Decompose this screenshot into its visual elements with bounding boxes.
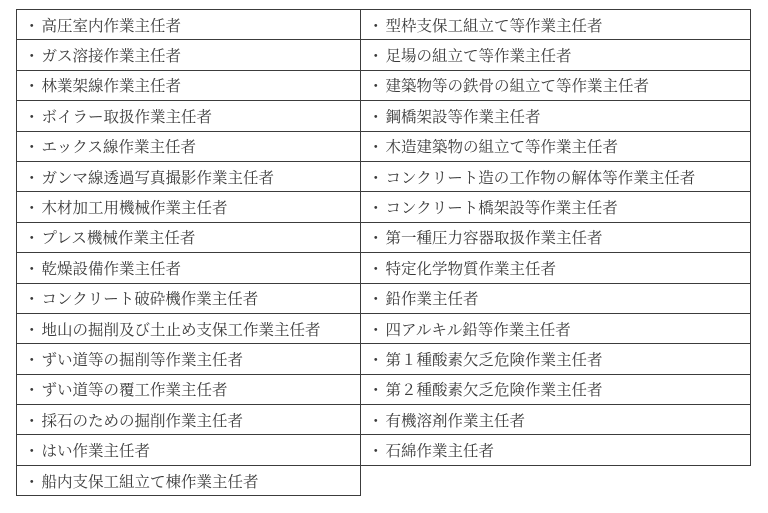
table-row: ・船内支保工組立て棟作業主任者: [17, 465, 751, 495]
table-row: ・高圧室内作業主任者 ・型枠支保工組立て等作業主任者: [17, 10, 751, 40]
table-row: ・ガス溶接作業主任者 ・足場の組立て等作業主任者: [17, 40, 751, 70]
supervisor-item: 鋼橋架設等作業主任者: [386, 109, 541, 126]
supervisor-item: コンクリート造の工作物の解体等作業主任者: [386, 170, 696, 187]
bullet: ・: [24, 318, 40, 340]
table-cell: ・四アルキル鉛等作業主任者: [361, 313, 751, 343]
bullet: ・: [24, 470, 40, 492]
table-row: ・乾燥設備作業主任者 ・特定化学物質作業主任者: [17, 253, 751, 283]
supervisor-item: 木造建築物の組立て等作業主任者: [386, 139, 619, 156]
bullet: ・: [24, 257, 40, 279]
supervisor-item: 林業架線作業主任者: [42, 78, 182, 95]
supervisor-item: ずい道等の掘削等作業主任者: [42, 352, 244, 369]
supervisor-item: ガンマ線透過写真撮影作業主任者: [42, 170, 275, 187]
bullet: ・: [24, 14, 40, 36]
table-row: ・ずい道等の掘削等作業主任者 ・第１種酸素欠乏危険作業主任者: [17, 344, 751, 374]
table-cell: ・木材加工用機械作業主任者: [17, 192, 361, 222]
table-cell: ・ずい道等の掘削等作業主任者: [17, 344, 361, 374]
table-cell: ・特定化学物質作業主任者: [361, 253, 751, 283]
table-cell: ・船内支保工組立て棟作業主任者: [17, 465, 361, 495]
document-page: ・高圧室内作業主任者 ・型枠支保工組立て等作業主任者 ・ガス溶接作業主任者 ・足…: [0, 0, 768, 513]
supervisor-item: 石綿作業主任者: [386, 443, 495, 460]
table-cell: ・乾燥設備作業主任者: [17, 253, 361, 283]
supervisor-item: 四アルキル鉛等作業主任者: [386, 322, 571, 339]
table-cell: ・ずい道等の覆工作業主任者: [17, 374, 361, 404]
bullet: ・: [24, 287, 40, 309]
supervisor-item: 乾燥設備作業主任者: [42, 261, 182, 278]
table-row: ・木材加工用機械作業主任者 ・コンクリート橋架設等作業主任者: [17, 192, 751, 222]
supervisor-item: 有機溶剤作業主任者: [386, 413, 526, 430]
bullet: ・: [368, 196, 384, 218]
supervisor-item: コンクリート破砕機作業主任者: [42, 291, 259, 308]
bullet: ・: [24, 74, 40, 96]
table-row: ・林業架線作業主任者 ・建築物等の鉄骨の組立て等作業主任者: [17, 70, 751, 100]
table-cell: ・建築物等の鉄骨の組立て等作業主任者: [361, 70, 751, 100]
empty-cell: [361, 465, 751, 495]
supervisor-item: ガス溶接作業主任者: [42, 48, 182, 65]
table-cell: ・石綿作業主任者: [361, 435, 751, 465]
supervisor-item: ずい道等の覆工作業主任者: [42, 382, 228, 399]
table-row: ・エックス線作業主任者 ・木造建築物の組立て等作業主任者: [17, 131, 751, 161]
bullet: ・: [368, 44, 384, 66]
bullet: ・: [24, 196, 40, 218]
supervisor-item: 第一種圧力容器取扱作業主任者: [386, 230, 603, 247]
supervisor-item: コンクリート橋架設等作業主任者: [386, 200, 618, 217]
supervisor-item: エックス線作業主任者: [42, 139, 197, 156]
table-cell: ・地山の掘削及び土止め支保工作業主任者: [17, 313, 361, 343]
table-cell: ・プレス機械作業主任者: [17, 222, 361, 252]
table-row: ・地山の掘削及び土止め支保工作業主任者 ・四アルキル鉛等作業主任者: [17, 313, 751, 343]
supervisor-item: 特定化学物質作業主任者: [386, 261, 557, 278]
supervisor-item: 鉛作業主任者: [386, 291, 479, 308]
table-cell: ・高圧室内作業主任者: [17, 10, 361, 40]
bullet: ・: [368, 166, 384, 188]
supervisor-item: 船内支保工組立て棟作業主任者: [42, 474, 259, 491]
table-cell: ・鋼橋架設等作業主任者: [361, 101, 751, 131]
bullet: ・: [24, 439, 40, 461]
supervisor-item: はい作業主任者: [42, 443, 151, 460]
supervisor-item: 高圧室内作業主任者: [42, 18, 182, 35]
bullet: ・: [368, 439, 384, 461]
table-cell: ・鉛作業主任者: [361, 283, 751, 313]
table-cell: ・有機溶剤作業主任者: [361, 405, 751, 435]
bullet: ・: [24, 348, 40, 370]
table-cell: ・型枠支保工組立て等作業主任者: [361, 10, 751, 40]
table-cell: ・コンクリート造の工作物の解体等作業主任者: [361, 161, 751, 191]
supervisor-item: 第１種酸素欠乏危険作業主任者: [386, 352, 603, 369]
table-cell: ・ガス溶接作業主任者: [17, 40, 361, 70]
table-cell: ・ガンマ線透過写真撮影作業主任者: [17, 161, 361, 191]
table-row: ・採石のための掘削作業主任者 ・有機溶剤作業主任者: [17, 405, 751, 435]
table-cell: ・ボイラー取扱作業主任者: [17, 101, 361, 131]
table-row: ・コンクリート破砕機作業主任者 ・鉛作業主任者: [17, 283, 751, 313]
bullet: ・: [368, 287, 384, 309]
supervisor-item: 木材加工用機械作業主任者: [42, 200, 228, 217]
bullet: ・: [24, 378, 40, 400]
supervisor-item: 地山の掘削及び土止め支保工作業主任者: [42, 322, 321, 339]
table-cell: ・第２種酸素欠乏危険作業主任者: [361, 374, 751, 404]
table-cell: ・はい作業主任者: [17, 435, 361, 465]
bullet: ・: [24, 226, 40, 248]
table-row: ・ボイラー取扱作業主任者 ・鋼橋架設等作業主任者: [17, 101, 751, 131]
supervisor-item: 型枠支保工組立て等作業主任者: [386, 18, 603, 35]
table-row: ・ずい道等の覆工作業主任者 ・第２種酸素欠乏危険作業主任者: [17, 374, 751, 404]
bullet: ・: [368, 135, 384, 157]
table-cell: ・第一種圧力容器取扱作業主任者: [361, 222, 751, 252]
table-row: ・プレス機械作業主任者 ・第一種圧力容器取扱作業主任者: [17, 222, 751, 252]
bullet: ・: [368, 378, 384, 400]
table-cell: ・コンクリート橋架設等作業主任者: [361, 192, 751, 222]
table-cell: ・足場の組立て等作業主任者: [361, 40, 751, 70]
bullet: ・: [368, 409, 384, 431]
supervisor-item: プレス機械作業主任者: [42, 230, 196, 247]
table-cell: ・林業架線作業主任者: [17, 70, 361, 100]
supervisor-item: 採石のための掘削作業主任者: [42, 413, 244, 430]
bullet: ・: [368, 74, 384, 96]
bullet: ・: [368, 257, 384, 279]
bullet: ・: [24, 105, 40, 127]
bullet: ・: [368, 318, 384, 340]
table-cell: ・木造建築物の組立て等作業主任者: [361, 131, 751, 161]
supervisor-item: 第２種酸素欠乏危険作業主任者: [386, 382, 603, 399]
bullet: ・: [24, 166, 40, 188]
table-cell: ・エックス線作業主任者: [17, 131, 361, 161]
supervisor-item: 建築物等の鉄骨の組立て等作業主任者: [386, 78, 650, 95]
table-cell: ・コンクリート破砕機作業主任者: [17, 283, 361, 313]
table-row: ・ガンマ線透過写真撮影作業主任者 ・コンクリート造の工作物の解体等作業主任者: [17, 161, 751, 191]
bullet: ・: [368, 348, 384, 370]
table-cell: ・第１種酸素欠乏危険作業主任者: [361, 344, 751, 374]
supervisor-qualifications-table: ・高圧室内作業主任者 ・型枠支保工組立て等作業主任者 ・ガス溶接作業主任者 ・足…: [16, 9, 751, 496]
bullet: ・: [368, 226, 384, 248]
bullet: ・: [24, 409, 40, 431]
bullet: ・: [24, 44, 40, 66]
table-row: ・はい作業主任者 ・石綿作業主任者: [17, 435, 751, 465]
table-cell: ・採石のための掘削作業主任者: [17, 405, 361, 435]
bullet: ・: [24, 135, 40, 157]
bullet: ・: [368, 105, 384, 127]
supervisor-item: ボイラー取扱作業主任者: [42, 109, 213, 126]
bullet: ・: [368, 14, 384, 36]
supervisor-item: 足場の組立て等作業主任者: [386, 48, 572, 65]
